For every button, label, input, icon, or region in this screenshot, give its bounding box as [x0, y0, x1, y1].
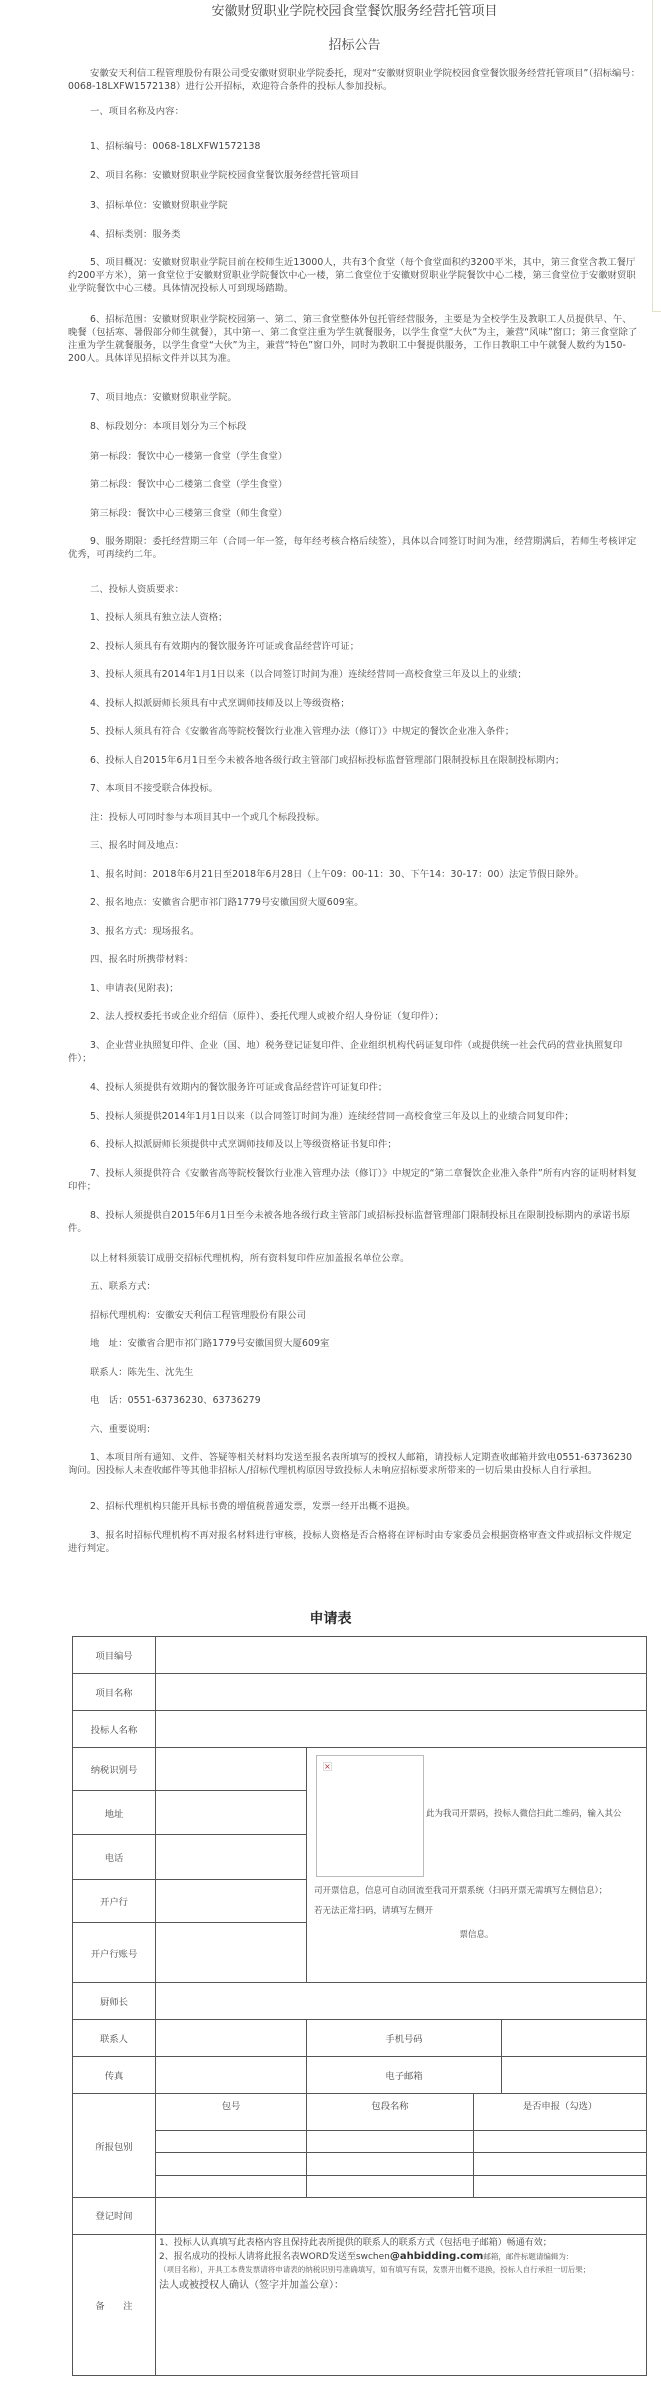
- section4-item: 5、投标人须提供2014年1月1日以来（以合同签订时间为准）连续经营同一高校食堂…: [68, 1110, 641, 1123]
- qr-instruction-2: 若无法正常扫码，请填写左侧开: [314, 1904, 433, 1916]
- pkg-apply-checkbox[interactable]: [474, 2176, 647, 2198]
- section2-item: 3、投标人须具有2014年1月1日以来（以合同签订时间为准）连续经营同一高校食堂…: [68, 668, 641, 681]
- section2-item: 2、投标人须具有有效期内的餐饮服务许可证或食品经营许可证；: [68, 640, 641, 653]
- contact-agency: 招标代理机构：安徽安天利信工程管理股份有限公司: [68, 1309, 641, 1322]
- section2-item: 5、投标人须具有符合《安徽省高等院校餐饮行业准入管理办法（修订）》中规定的餐饮企…: [68, 725, 641, 738]
- contact-address: 地 址：安徽省合肥市祁门路1779号安徽国贸大厦609室: [68, 1337, 641, 1350]
- section4-item: 1、申请表(见附表)；: [68, 982, 641, 995]
- remark-signature: 法人或被授权人确认（签字并加盖公章）：: [159, 2279, 643, 2292]
- mobile-field[interactable]: [502, 2020, 647, 2057]
- header-pkg-no: 包号: [156, 2094, 307, 2131]
- intro-paragraph: 安徽安天利信工程管理股份有限公司受安徽财贸职业学院委托，现对“安徽财贸职业学院校…: [68, 67, 641, 93]
- label-reg-time: 登记时间: [73, 2198, 156, 2235]
- form-row-tax-id: 纳税识别号 × 此为我司开票码，投标人微信扫此二维码，输入其公 司开票信息，信息…: [73, 1748, 647, 1791]
- header-pkg-name: 包段名称: [307, 2094, 474, 2131]
- section2-item: 6、投标人自2015年6月1日至今未被各地各级行政主管部门或招标投标监督管理部门…: [68, 754, 641, 767]
- section1-item: 6、招标范围：安徽财贸职业学院校园第一、第二、第三食堂整体外包托管经营服务，主要…: [68, 313, 641, 365]
- section1-item: 第三标段：餐饮中心三楼第三食堂（师生食堂）: [68, 507, 641, 520]
- label-fax: 传真: [73, 2057, 156, 2094]
- package-row: [73, 2131, 647, 2153]
- section1-item: 2、项目名称：安徽财贸职业学院校园食堂餐饮服务经营托管项目: [68, 169, 641, 182]
- form-row-contact: 联系人 手机号码: [73, 2020, 647, 2057]
- section6-item: 1、本项目所有通知、文件、答疑等相关材料均发送至报名表所填写的授权人邮箱，请投标…: [68, 1451, 641, 1477]
- pkg-name-field[interactable]: [307, 2131, 474, 2153]
- section3-item: 1、报名时间：2018年6月21日至2018年6月28日（上午09：00-11：…: [68, 868, 641, 881]
- section4-item: 6、投标人拟派厨师长须提供中式烹调师技师及以上等级资格证书复印件；: [68, 1138, 641, 1151]
- section1-item: 7、项目地点：安徽财贸职业学院。: [68, 391, 641, 404]
- section6-item: 3、报名时招标代理机构不再对报名材料进行审核，投标人资格是否合格将在评标时由专家…: [68, 1529, 641, 1555]
- form-title: 申请表: [0, 1608, 661, 1628]
- section1-heading: 一、项目名称及内容：: [68, 105, 641, 118]
- chef-field[interactable]: [156, 1983, 647, 2020]
- project-name-field[interactable]: [156, 1674, 647, 1711]
- qr-instruction-3: 票信息。: [310, 1928, 643, 1940]
- section2-item: 1、投标人须具有独立法人资格；: [68, 611, 641, 624]
- label-phone: 电话: [73, 1834, 156, 1879]
- pkg-apply-checkbox[interactable]: [474, 2131, 647, 2153]
- form-row-project-no: 项目编号: [73, 1637, 647, 1674]
- contact-field[interactable]: [156, 2020, 307, 2057]
- label-chef: 厨师长: [73, 1983, 156, 2020]
- package-row: [73, 2176, 647, 2198]
- tax-id-field[interactable]: [156, 1748, 307, 1791]
- section4-item: 8、投标人须提供自2015年6月1日至今未被各地各级行政主管部门或招标投标监督管…: [68, 1209, 641, 1235]
- pkg-name-field[interactable]: [307, 2153, 474, 2176]
- bank-account-field[interactable]: [156, 1923, 307, 1983]
- remark-line-2-prefix: 2、报名成功的投标人请将此报名表WORD发送至swchen: [159, 2252, 390, 2262]
- label-contact: 联系人: [73, 2020, 156, 2057]
- qr-code-image: ×: [316, 1755, 424, 1877]
- section4-summary: 以上材料须装订成册交招标代理机构，所有资料复印件应加盖报名单位公章。: [68, 1252, 641, 1265]
- section4-item: 3、企业营业执照复印件、企业（国、地）税务登记证复印件、企业组织机构代码证复印件…: [68, 1039, 641, 1065]
- section1-item: 第二标段：餐饮中心二楼第二食堂（学生食堂）: [68, 478, 641, 491]
- form-row-project-name: 项目名称: [73, 1674, 647, 1711]
- application-form-table: 项目编号 项目名称 投标人名称 纳税识别号 × 此为我司开票码，投标人微信扫此二…: [72, 1636, 647, 2376]
- qr-instruction-side: 此为我司开票码，投标人微信扫此二维码，输入其公: [426, 1807, 622, 1819]
- pkg-no-field[interactable]: [156, 2153, 307, 2176]
- section1-item: 3、招标单位：安徽财贸职业学院: [68, 199, 641, 212]
- remark-line-2: 2、报名成功的投标人请将此报名表WORD发送至swchen@ahbidding.…: [159, 2250, 643, 2264]
- bidder-name-field[interactable]: [156, 1711, 647, 1748]
- label-tax-id: 纳税识别号: [73, 1748, 156, 1791]
- bank-field[interactable]: [156, 1880, 307, 1923]
- form-row-chef: 厨师长: [73, 1983, 647, 2020]
- address-field[interactable]: [156, 1791, 307, 1834]
- remark-line-1: 1、投标人认真填写此表格内容且保持此表所提供的联系人的联系方式（包括电子邮箱）畅…: [159, 2237, 643, 2250]
- label-bank-account: 开户行账号: [73, 1923, 156, 1983]
- section2-item: 7、本项目不接受联合体投标。: [68, 782, 641, 795]
- reg-time-field[interactable]: [156, 2198, 647, 2235]
- package-row: [73, 2153, 647, 2176]
- section4-item: 7、投标人须提供符合《安徽省高等院校餐饮行业准入管理办法（修订）》中规定的“第二…: [68, 1167, 641, 1193]
- section4-heading: 四、报名时所携带材料：: [68, 953, 641, 966]
- header-pkg-apply: 是否申报（勾选）: [474, 2094, 647, 2131]
- form-row-reg-time: 登记时间: [73, 2198, 647, 2235]
- project-no-field[interactable]: [156, 1637, 647, 1674]
- section1-item: 1、招标编号：0068-18LXFW1572138: [68, 140, 641, 153]
- label-project-name: 项目名称: [73, 1674, 156, 1711]
- section3-heading: 三、报名时间及地点：: [68, 839, 641, 852]
- form-row-packages-header: 所报包别 包号 包段名称 是否申报（勾选）: [73, 2094, 647, 2131]
- label-remarks: 备 注: [73, 2235, 156, 2376]
- section4-item: 2、法人授权委托书或企业介绍信（原件）、委托代理人或被介绍人身份证（复印件）；: [68, 1010, 641, 1023]
- contact-phone: 电 话：0551-63736230、63736279: [68, 1394, 641, 1407]
- phone-field[interactable]: [156, 1834, 307, 1879]
- side-frame-decoration: [652, 0, 661, 312]
- email-field[interactable]: [502, 2057, 647, 2094]
- section2-item: 4、投标人拟派厨师长须具有中式烹调师技师及以上等级资格；: [68, 697, 641, 710]
- section1-item: 第一标段：餐饮中心一楼第一食堂（学生食堂）: [68, 450, 641, 463]
- document-title: 安徽财贸职业学院校园食堂餐饮服务经营托管项目: [68, 0, 641, 19]
- label-bidder-name: 投标人名称: [73, 1711, 156, 1748]
- section1-item: 4、招标类别：服务类: [68, 228, 641, 241]
- remarks-cell: 1、投标人认真填写此表格内容且保持此表所提供的联系人的联系方式（包括电子邮箱）畅…: [156, 2235, 647, 2376]
- section6-heading: 六、重要说明：: [68, 1423, 641, 1436]
- section1-item: 5、项目概况：安徽财贸职业学院目前在校师生近13000人，共有3个食堂（每个食堂…: [68, 256, 641, 295]
- pkg-no-field[interactable]: [156, 2176, 307, 2198]
- broken-image-icon: ×: [323, 1762, 332, 1771]
- form-row-remarks: 备 注 1、投标人认真填写此表格内容且保持此表所提供的联系人的联系方式（包括电子…: [73, 2235, 647, 2376]
- section6-item: 2、招标代理机构只能开具标书费的增值税普通发票，发票一经开出概不退换。: [68, 1500, 641, 1513]
- document-subtitle: 招标公告: [68, 34, 641, 53]
- contact-person: 联系人：陈先生、沈先生: [68, 1366, 641, 1379]
- section1-item: 8、标段划分：本项目划分为三个标段: [68, 420, 641, 433]
- remark-line-3: （项目名称），开具工本费发票请将申请表的纳税识别号准确填写，如有填写有误，发票开…: [159, 2264, 643, 2275]
- remark-line-2-suffix: 邮箱，邮件标题请编辑为：: [483, 2252, 573, 2261]
- fax-field[interactable]: [156, 2057, 307, 2094]
- label-project-no: 项目编号: [73, 1637, 156, 1674]
- section3-item: 3、报名方式：现场报名。: [68, 925, 641, 938]
- pkg-name-field[interactable]: [307, 2176, 474, 2198]
- label-email: 电子邮箱: [307, 2057, 502, 2094]
- form-row-fax: 传真 电子邮箱: [73, 2057, 647, 2094]
- label-address: 地址: [73, 1791, 156, 1834]
- pkg-apply-checkbox[interactable]: [474, 2153, 647, 2176]
- section1-item: 9、服务期限：委托经营期三年（合同一年一签，每年经考核合格后续签），具体以合同签…: [68, 535, 641, 561]
- qr-instruction-1: 司开票信息，信息可自动回流至我司开票系统（扫码开票无需填写左侧信息）；: [314, 1884, 607, 1896]
- label-packages: 所报包别: [73, 2094, 156, 2198]
- invoice-qr-cell: × 此为我司开票码，投标人微信扫此二维码，输入其公 司开票信息，信息可自动回流至…: [307, 1748, 647, 1983]
- form-row-bidder-name: 投标人名称: [73, 1711, 647, 1748]
- label-mobile: 手机号码: [307, 2020, 502, 2057]
- section4-item: 4、投标人须提供有效期内的餐饮服务许可证或食品经营许可证复印件；: [68, 1081, 641, 1094]
- pkg-no-field[interactable]: [156, 2131, 307, 2153]
- section2-note: 注：投标人可同时参与本项目其中一个或几个标段投标。: [68, 811, 641, 824]
- section5-heading: 五、联系方式：: [68, 1280, 641, 1293]
- label-bank: 开户行: [73, 1880, 156, 1923]
- section3-item: 2、报名地点：安徽省合肥市祁门路1779号安徽国贸大厦609室。: [68, 896, 641, 909]
- remark-email: @ahbidding.com: [390, 2251, 484, 2262]
- section2-heading: 二、投标人资质要求：: [68, 583, 641, 596]
